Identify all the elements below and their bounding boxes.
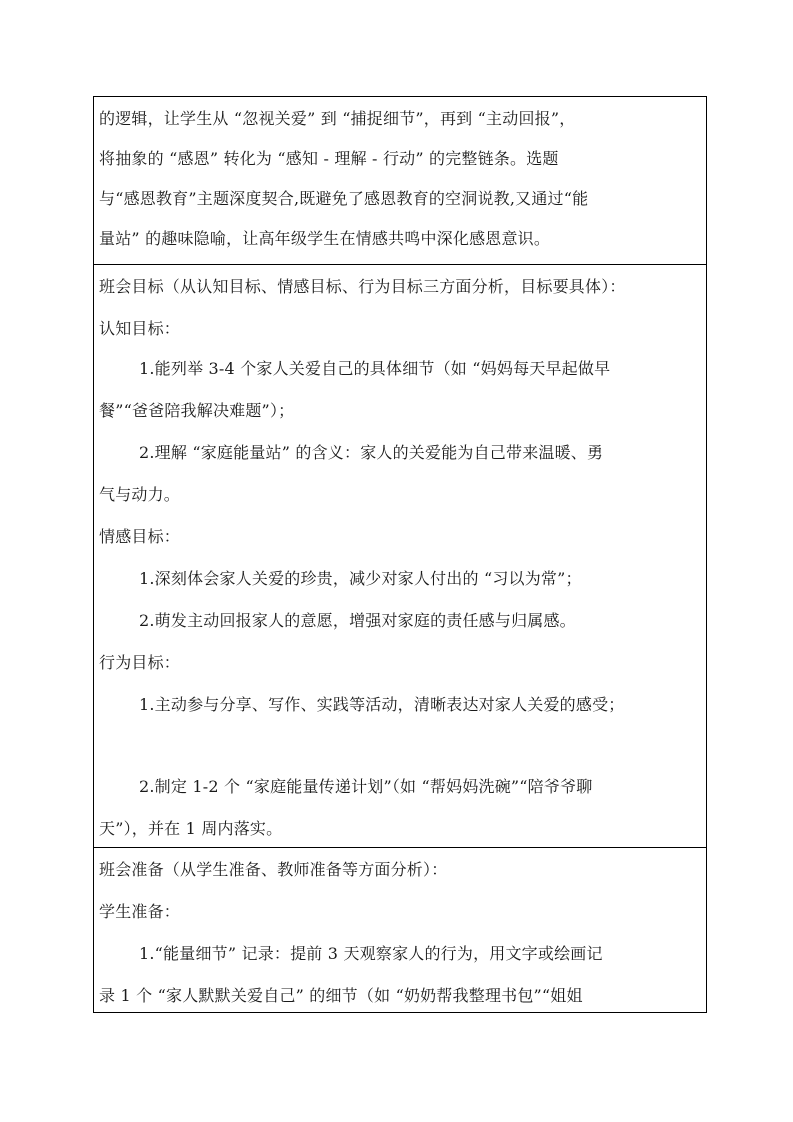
list-item-cont: 录 1 个 “家人默默关爱自己” 的细节（如 “奶奶帮我整理书包”“姐姐 [99, 986, 583, 1006]
preparation-cell: 班会准备（从学生准备、教师准备等方面分析）： 学生准备： 1.“能量细节” 记录… [94, 847, 706, 1012]
list-item: 1.深刻体会家人关爱的珍贵，减少对家人付出的 “习以为常”； [139, 569, 582, 589]
emotional-label: 情感目标： [99, 527, 180, 547]
list-item-cont: 天”），并在 1 周内落实。 [99, 819, 282, 839]
cognitive-label: 认知目标： [99, 319, 180, 339]
text-line: 将抽象的 “感恩” 转化为 “感知 - 理解 - 行动” 的完整链条。选题 [99, 149, 559, 169]
text-line: 的逻辑，让学生从 “忽视关爱” 到 “捕捉细节”，再到 “主动回报”， [99, 109, 575, 129]
list-item: 1.“能量细节” 记录：提前 3 天观察家人的行为，用文字或绘画记 [139, 944, 603, 964]
student-label: 学生准备： [99, 902, 180, 922]
list-item: 1.主动参与分享、写作、实践等活动，清晰表达对家人关爱的感受； [139, 695, 624, 715]
objectives-cell: 班会目标（从认知目标、情感目标、行为目标三方面分析，目标要具体）： 认知目标： … [94, 264, 706, 847]
text-line: 量站” 的趣味隐喻，让高年级学生在情感共鸣中深化感恩意识。 [99, 229, 550, 249]
list-item-cont: 气与动力。 [99, 485, 180, 505]
section-heading: 班会目标（从认知目标、情感目标、行为目标三方面分析，目标要具体）： [99, 277, 626, 297]
behavior-label: 行为目标： [99, 653, 180, 673]
text-line: 与“感恩教育”主题深度契合,既避免了感恩教育的空洞说教,又通过“能 [99, 189, 588, 209]
list-item: 2.理解 “家庭能量站” 的含义：家人的关爱能为自己带来温暖、勇 [139, 443, 603, 463]
list-item-cont: 餐”“爸爸陪我解决难题”）； [99, 401, 294, 421]
list-item: 2.萌发主动回报家人的意愿，增强对家庭的责任感与归属感。 [139, 611, 576, 631]
list-item: 1.能列举 3-4 个家人关爱自己的具体细节（如 “妈妈每天早起做早 [139, 359, 610, 379]
list-item: 2.制定 1-2 个 “家庭能量传递计划”（如 “帮妈妈洗碗”“陪爷爷聊 [139, 777, 592, 797]
document-table: 的逻辑，让学生从 “忽视关爱” 到 “捕捉细节”，再到 “主动回报”， 将抽象的… [93, 96, 707, 1013]
rationale-cell: 的逻辑，让学生从 “忽视关爱” 到 “捕捉细节”，再到 “主动回报”， 将抽象的… [94, 97, 706, 264]
section-heading: 班会准备（从学生准备、教师准备等方面分析）： [99, 860, 447, 880]
